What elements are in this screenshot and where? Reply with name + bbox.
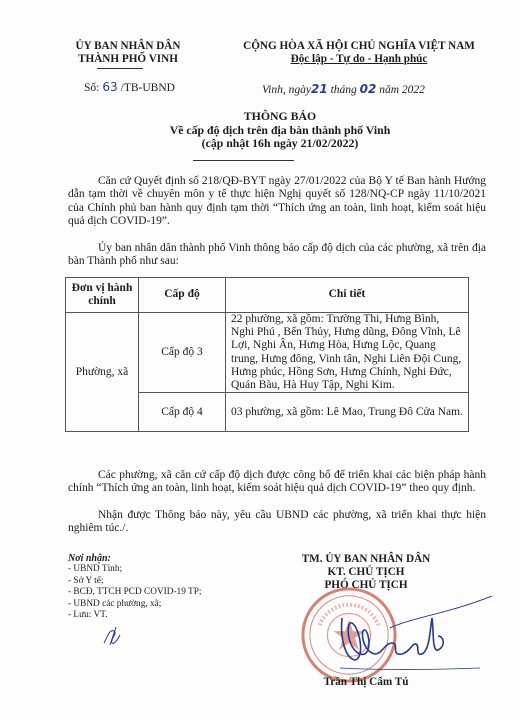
recipients-heading: Nơi nhận: [68,553,201,564]
paragraph-text: Nhận được Thông báo này, yêu cầu UBND cá… [68,509,486,534]
doc-no-suffix: /TB-UBND [121,82,175,94]
org-line-1: ỦY BAN NHÂN DÂN [68,40,188,53]
date-prefix: Vinh, ngày [262,84,311,96]
issuing-organization: ỦY BAN NHÂN DÂN THÀNH PHỐ VINH [68,40,188,66]
national-motto: Độc lập - Tự do - Hạnh phúc [214,53,504,66]
title-update: (cập nhật 16h ngày 21/02/2022) [60,137,500,151]
issue-date: Vinh, ngày21 tháng 02 năm 2022 [262,82,425,96]
handwritten-signature-icon [320,588,492,683]
initials-scribble-icon [100,625,124,647]
notice-title: THÔNG BÁO Về cấp độ dịch trên địa bàn th… [60,110,500,151]
cell-detail: 03 phường, xã gồm: Lê Mao, Trung Đô Cửa … [226,393,469,432]
date-month: 02 [360,82,377,96]
doc-no-label: Số: [84,82,99,94]
paragraph-instruction: Các phường, xã căn cứ cấp độ dịch được c… [68,469,486,496]
paragraph-text: Ủy ban nhân dân thành phố Vinh thông báo… [68,242,486,267]
date-day: 21 [311,82,328,96]
recipient-item: - BCĐ, TTCH PCD COVID-19 TP; [68,587,201,598]
paragraph-legal-basis: Căn cứ Quyết định số 218/QĐ-BYT ngày 27/… [68,175,486,229]
national-heading: CỘNG HÒA XÃ HỘI CHỦ NGHĨA VIỆT NAM Độc l… [214,40,504,66]
doc-no-handwritten: 63 [102,80,117,94]
paragraph-text: Căn cứ Quyết định số 218/QĐ-BYT ngày 27/… [68,175,486,227]
nation-name: CỘNG HÒA XÃ HỘI CHỦ NGHĨA VIỆT NAM [214,40,504,53]
cell-unit: Phường, xã [66,313,139,432]
header-unit: Đơn vị hành chính [66,278,139,313]
recipient-item: - Sở Y tế; [68,576,201,587]
sign-line-2: KT. CHỦ TỊCH [285,566,447,579]
paragraph-intro: Ủy ban nhân dân thành phố Vinh thông báo… [68,242,486,269]
paragraph-text: Các phường, xã căn cứ cấp độ dịch được c… [68,469,486,494]
document-number: Số:63/TB-UBND [84,80,175,94]
recipient-item: - Lưu: VT. [68,610,201,621]
title-underline [193,160,294,161]
header-detail: Chi tiết [226,278,469,313]
recipients-list: Nơi nhận: - UBND Tỉnh; - Sở Y tế; - BCĐ,… [68,553,201,621]
cell-detail: 22 phường, xã gồm: Trường Thi, Hưng Bình… [226,313,469,393]
title-subtitle: Về cấp độ dịch trên địa bàn thành phố Vi… [60,124,500,138]
date-suffix: năm 2022 [379,84,425,96]
epidemic-level-table: Đơn vị hành chính Cấp độ Chi tiết Phường… [65,277,469,432]
title-main: THÔNG BÁO [60,110,500,124]
paragraph-request: Nhận được Thông báo này, yêu cầu UBND cá… [68,509,486,536]
table-row: Phường, xã Cấp độ 3 22 phường, xã gồm: T… [66,313,469,393]
table-header-row: Đơn vị hành chính Cấp độ Chi tiết [66,278,469,313]
sign-line-1: TM. ỦY BAN NHÂN DÂN [285,553,447,566]
signer-name: Trần Thị Cẩm Tú [285,676,447,688]
org-line-2: THÀNH PHỐ VINH [68,53,188,66]
header-level: Cấp độ [139,278,226,313]
recipient-item: - UBND các phường, xã; [68,599,201,610]
recipient-item: - UBND Tỉnh; [68,564,201,575]
org-underline [97,68,143,69]
cell-level: Cấp độ 4 [139,393,226,432]
cell-level: Cấp độ 3 [139,313,226,393]
document-page: ỦY BAN NHÂN DÂN THÀNH PHỐ VINH Số:63/TB-… [0,0,515,720]
date-mid: tháng [331,84,357,96]
